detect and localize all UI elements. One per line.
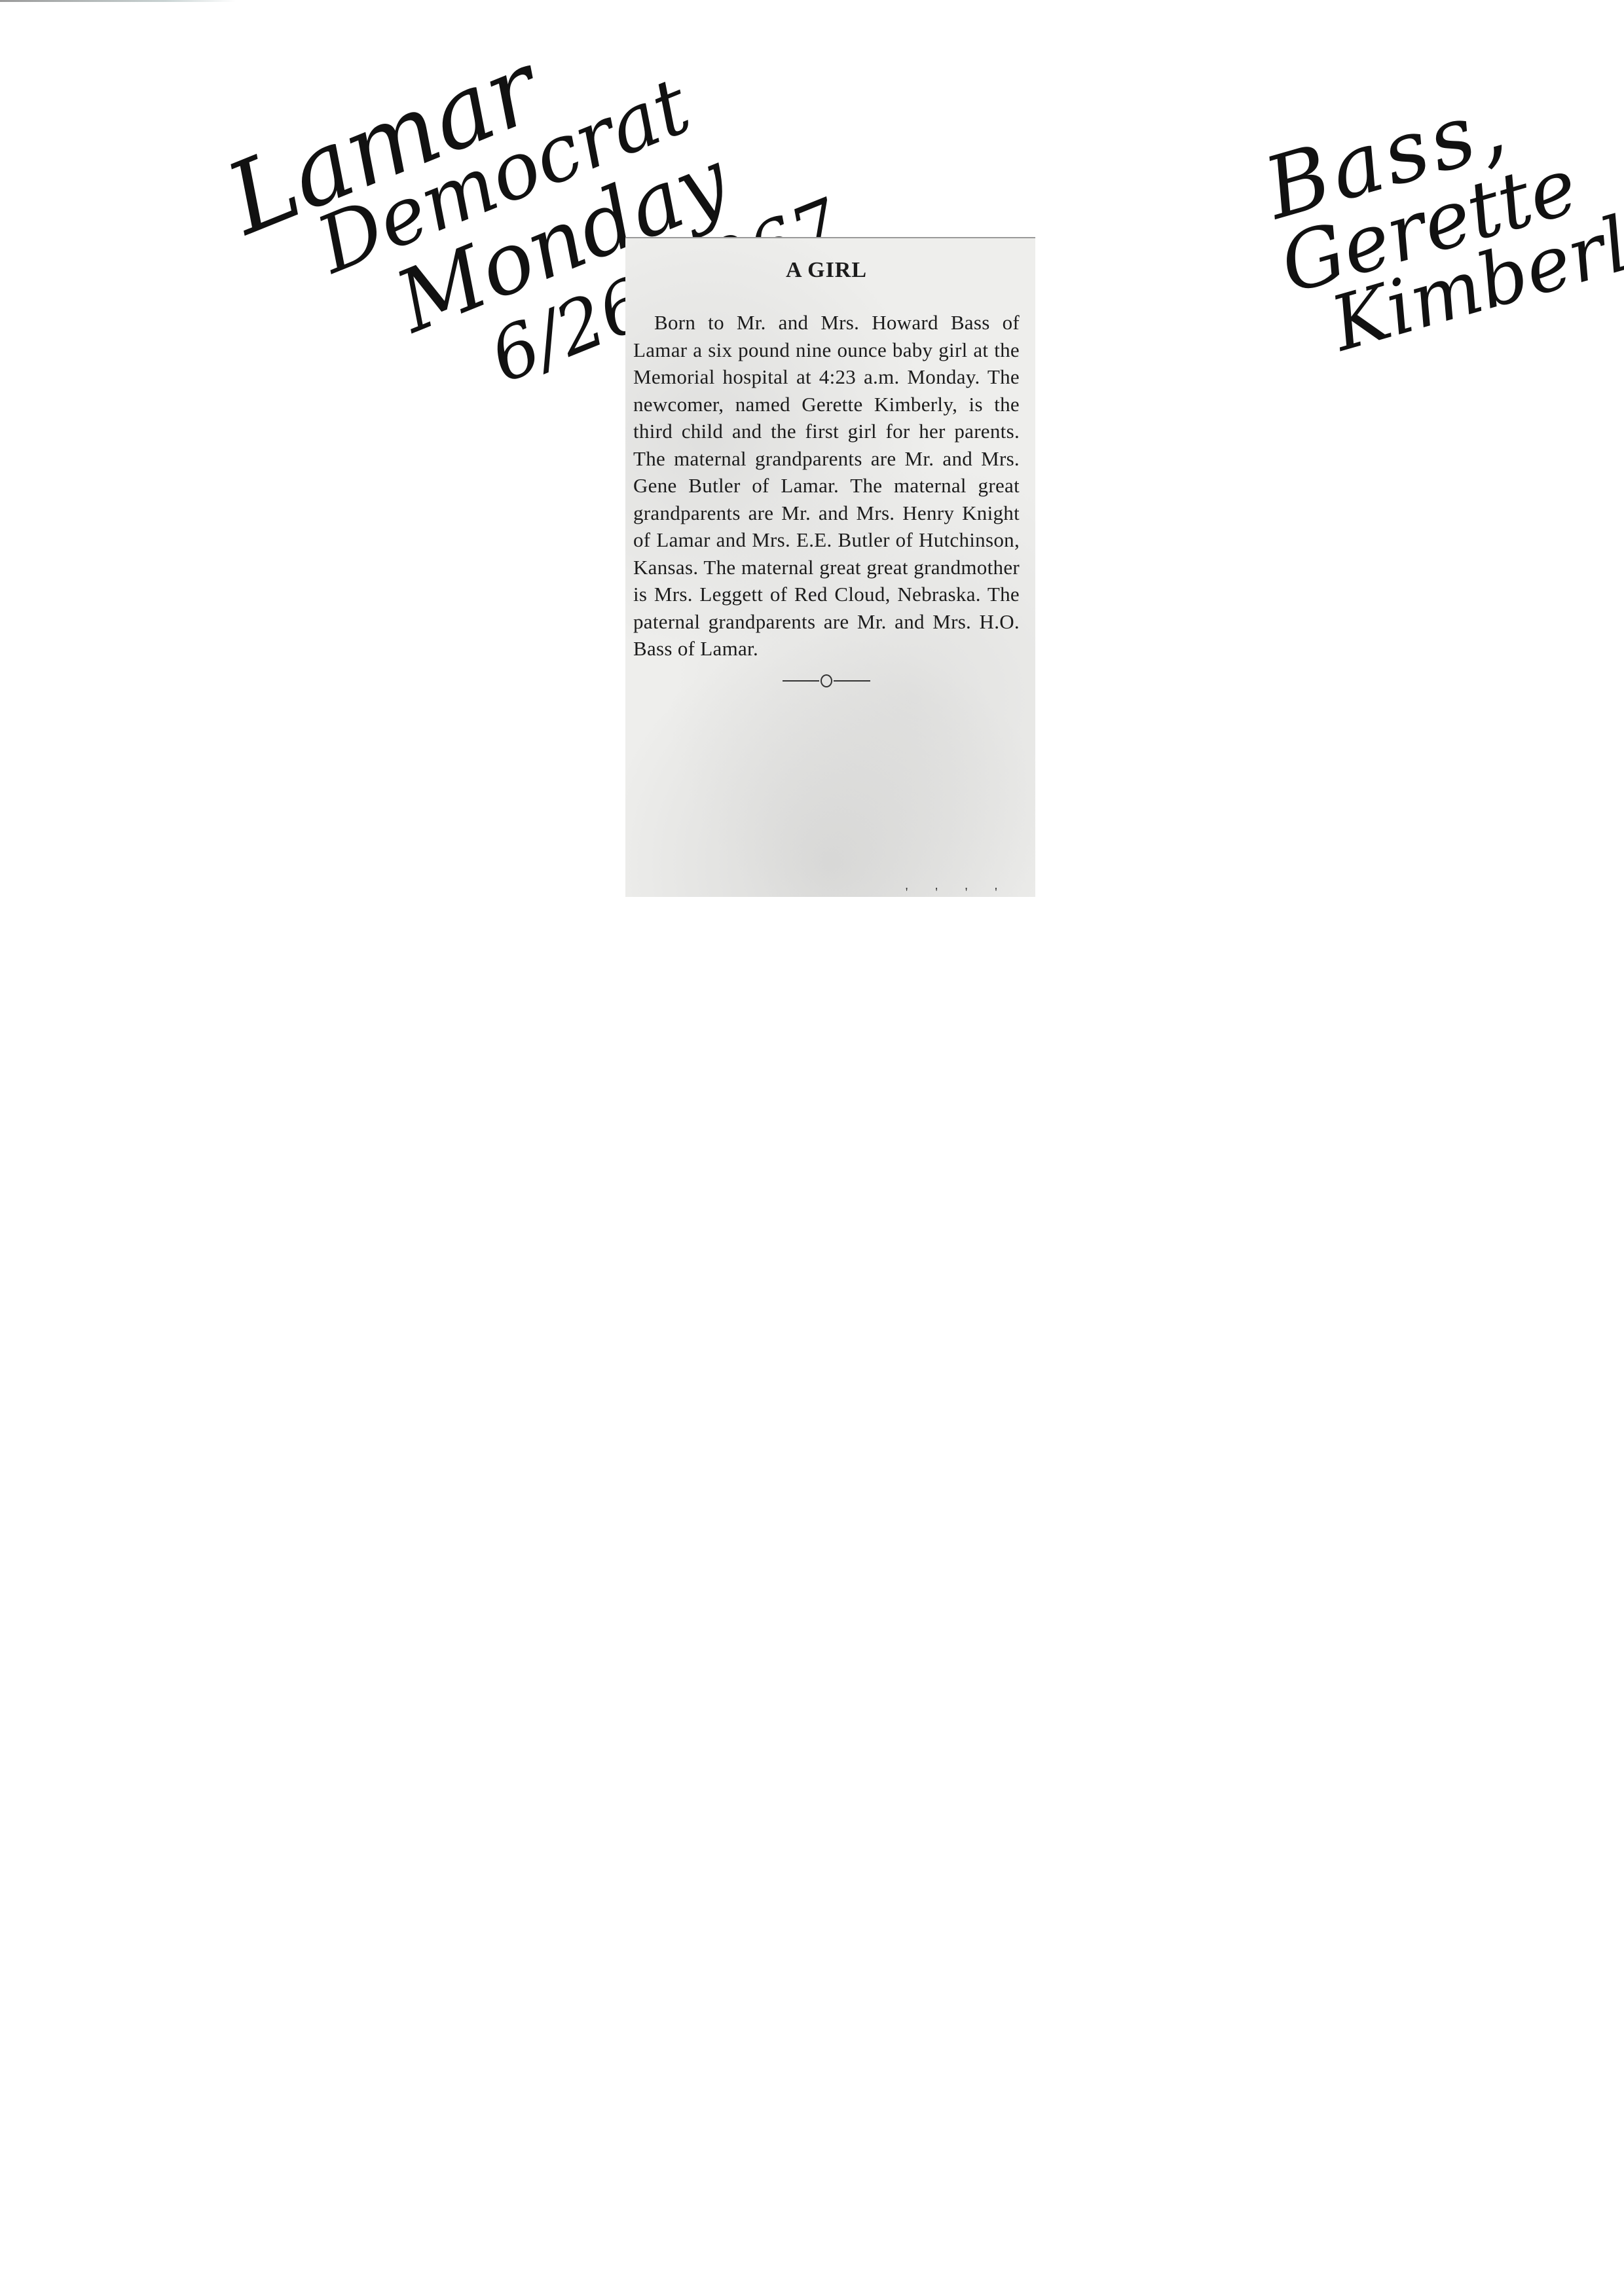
separator-dash-left — [783, 680, 819, 682]
scan-edge-line — [0, 0, 236, 2]
clipping-separator — [633, 674, 1020, 687]
separator-dash-right — [834, 680, 870, 682]
clipping-body: Born to Mr. and Mrs. Howard Bass of Lama… — [633, 309, 1020, 663]
handwritten-name-note: Bass, Gerette Kimberly — [1231, 47, 1624, 378]
newspaper-clipping: A GIRL Born to Mr. and Mrs. Howard Bass … — [625, 237, 1035, 897]
clipping-cutoff-text: ' ' ' ' — [906, 888, 1009, 897]
clipping-headline: A GIRL — [633, 258, 1020, 283]
separator-circle — [821, 674, 832, 687]
